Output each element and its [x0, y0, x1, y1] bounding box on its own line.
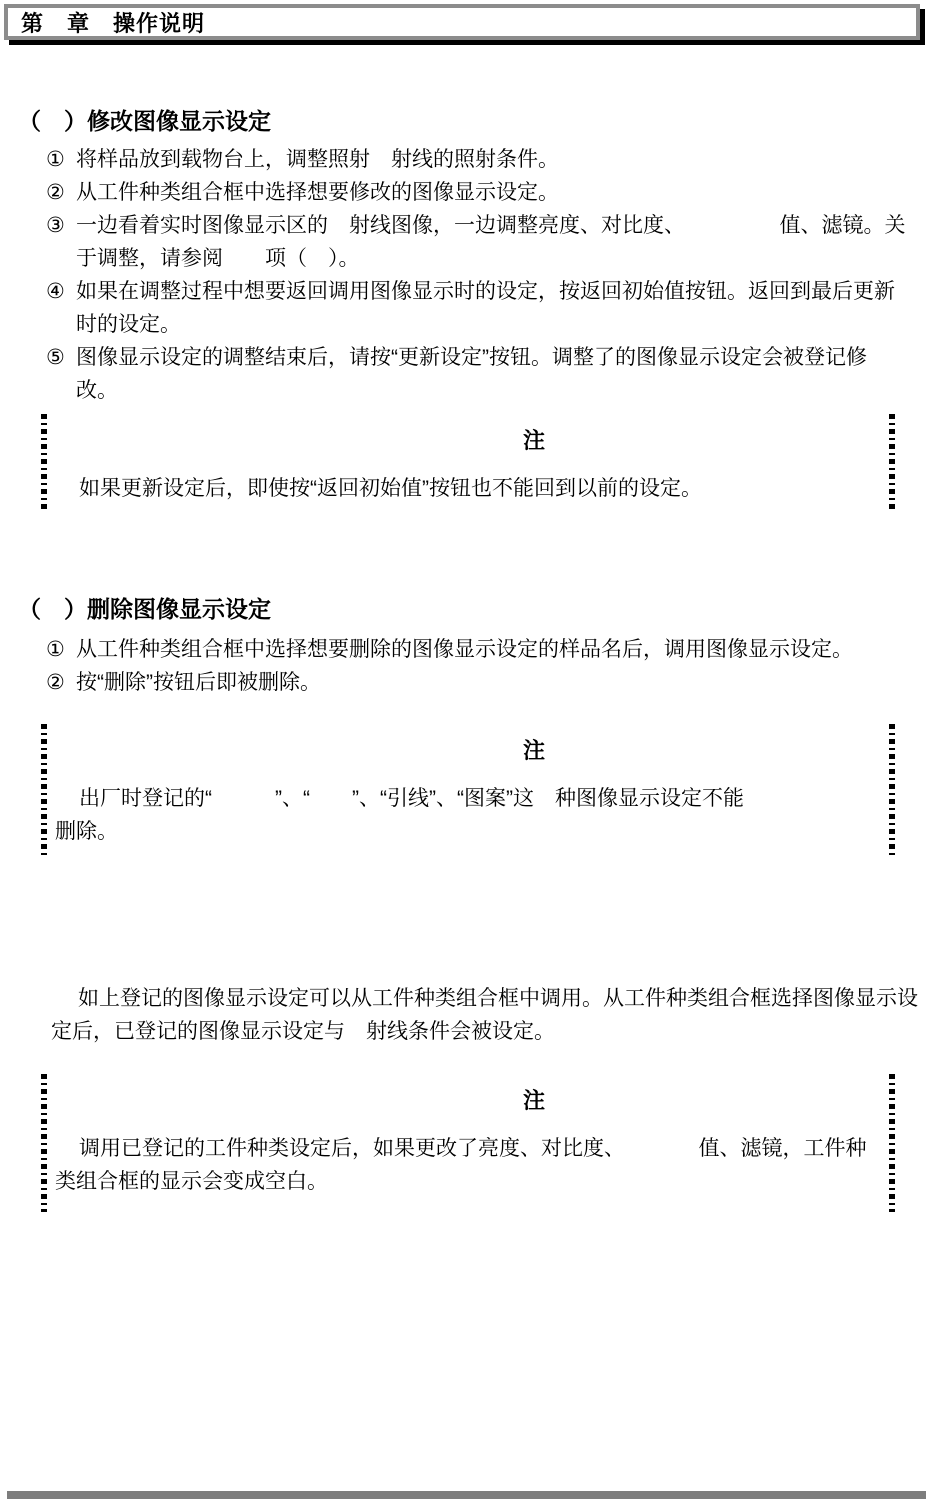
- note-body: 出厂时登记的“ ”、“ ”、“引线”、“图案”这 种图像显示设定不能 删除。: [55, 782, 881, 848]
- chapter-title: 第 章 操作说明: [21, 7, 205, 38]
- item-list-delete: ① 从工件种类组合框中选择想要删除的图像显示设定的样品名后，调用图像显示设定。 …: [0, 633, 933, 699]
- item-marker: ③: [46, 209, 65, 242]
- list-item: ② 按“删除”按钮后即被删除。: [0, 666, 933, 699]
- list-item: ① 从工件种类组合框中选择想要删除的图像显示设定的样品名后，调用图像显示设定。: [0, 633, 933, 666]
- list-item: ⑤ 图像显示设定的调整结束后，请按“更新设定”按钮。调整了的图像显示设定会被登记…: [0, 341, 933, 407]
- note-body: 调用已登记的工件种类设定后，如果更改了亮度、对比度、 值、滤镜，工件种 类组合框…: [55, 1132, 881, 1198]
- note-line: 删除。: [55, 815, 881, 848]
- item-marker: ⑤: [46, 341, 65, 374]
- item-marker: ④: [46, 275, 65, 308]
- item-line: 图像显示设定的调整结束后，请按“更新设定”按钮。调整了的图像显示设定会被登记修: [76, 341, 933, 374]
- item-line: 从工件种类组合框中选择想要修改的图像显示设定。: [76, 176, 933, 209]
- note-box: 注 出厂时登记的“ ”、“ ”、“引线”、“图案”这 种图像显示设定不能 删除。: [41, 724, 895, 858]
- item-marker: ②: [46, 666, 65, 699]
- item-line: 一边看着实时图像显示区的 射线图像，一边调整亮度、对比度、 值、滤镜。关: [76, 209, 933, 242]
- item-list-modify: ① 将样品放到载物台上，调整照射 射线的照射条件。 ② 从工件种类组合框中选择想…: [0, 143, 933, 407]
- list-item: ③ 一边看着实时图像显示区的 射线图像，一边调整亮度、对比度、 值、滤镜。关 于…: [0, 209, 933, 275]
- item-line: 将样品放到载物台上，调整照射 射线的照射条件。: [76, 143, 933, 176]
- note-body: 如果更新设定后，即使按“返回初始值”按钮也不能回到以前的设定。: [55, 472, 881, 505]
- note-box: 注 调用已登记的工件种类设定后，如果更改了亮度、对比度、 值、滤镜，工件种 类组…: [41, 1074, 895, 1212]
- item-line: 改。: [76, 374, 933, 407]
- item-marker: ②: [46, 176, 65, 209]
- item-line: 从工件种类组合框中选择想要删除的图像显示设定的样品名后，调用图像显示设定。: [76, 633, 933, 666]
- item-line: 如果在调整过程中想要返回调用图像显示时的设定，按返回初始值按钮。返回到最后更新: [76, 275, 933, 308]
- section-heading-modify: （ ）修改图像显示设定: [18, 106, 271, 136]
- paragraph-line: 定后，已登记的图像显示设定与 射线条件会被设定。: [51, 1015, 918, 1048]
- note-title: 注: [55, 738, 881, 764]
- item-marker: ①: [46, 633, 65, 666]
- list-item: ② 从工件种类组合框中选择想要修改的图像显示设定。: [0, 176, 933, 209]
- paragraph-line: 如上登记的图像显示设定可以从工件种类组合框中调用。从工件种类组合框选择图像显示设: [51, 982, 918, 1015]
- list-item: ④ 如果在调整过程中想要返回调用图像显示时的设定，按返回初始值按钮。返回到最后更…: [0, 275, 933, 341]
- note-line: 出厂时登记的“ ”、“ ”、“引线”、“图案”这 种图像显示设定不能: [55, 782, 881, 815]
- chapter-header: 第 章 操作说明: [4, 4, 920, 40]
- item-line: 按“删除”按钮后即被删除。: [76, 666, 933, 699]
- note-box: 注 如果更新设定后，即使按“返回初始值”按钮也不能回到以前的设定。: [41, 414, 895, 513]
- note-line: 调用已登记的工件种类设定后，如果更改了亮度、对比度、 值、滤镜，工件种: [55, 1132, 881, 1165]
- note-line: 类组合框的显示会变成空白。: [55, 1165, 881, 1198]
- note-title: 注: [55, 428, 881, 454]
- section-heading-delete: （ ）删除图像显示设定: [18, 594, 271, 624]
- note-line: 如果更新设定后，即使按“返回初始值”按钮也不能回到以前的设定。: [55, 472, 881, 505]
- item-marker: ①: [46, 143, 65, 176]
- item-line: 时的设定。: [76, 308, 933, 341]
- note-title: 注: [55, 1088, 881, 1114]
- list-item: ① 将样品放到载物台上，调整照射 射线的照射条件。: [0, 143, 933, 176]
- summary-paragraph: 如上登记的图像显示设定可以从工件种类组合框中调用。从工件种类组合框选择图像显示设…: [51, 982, 918, 1048]
- item-line: 于调整，请参阅 项（ ）。: [76, 242, 933, 275]
- footer-bar: [7, 1491, 926, 1499]
